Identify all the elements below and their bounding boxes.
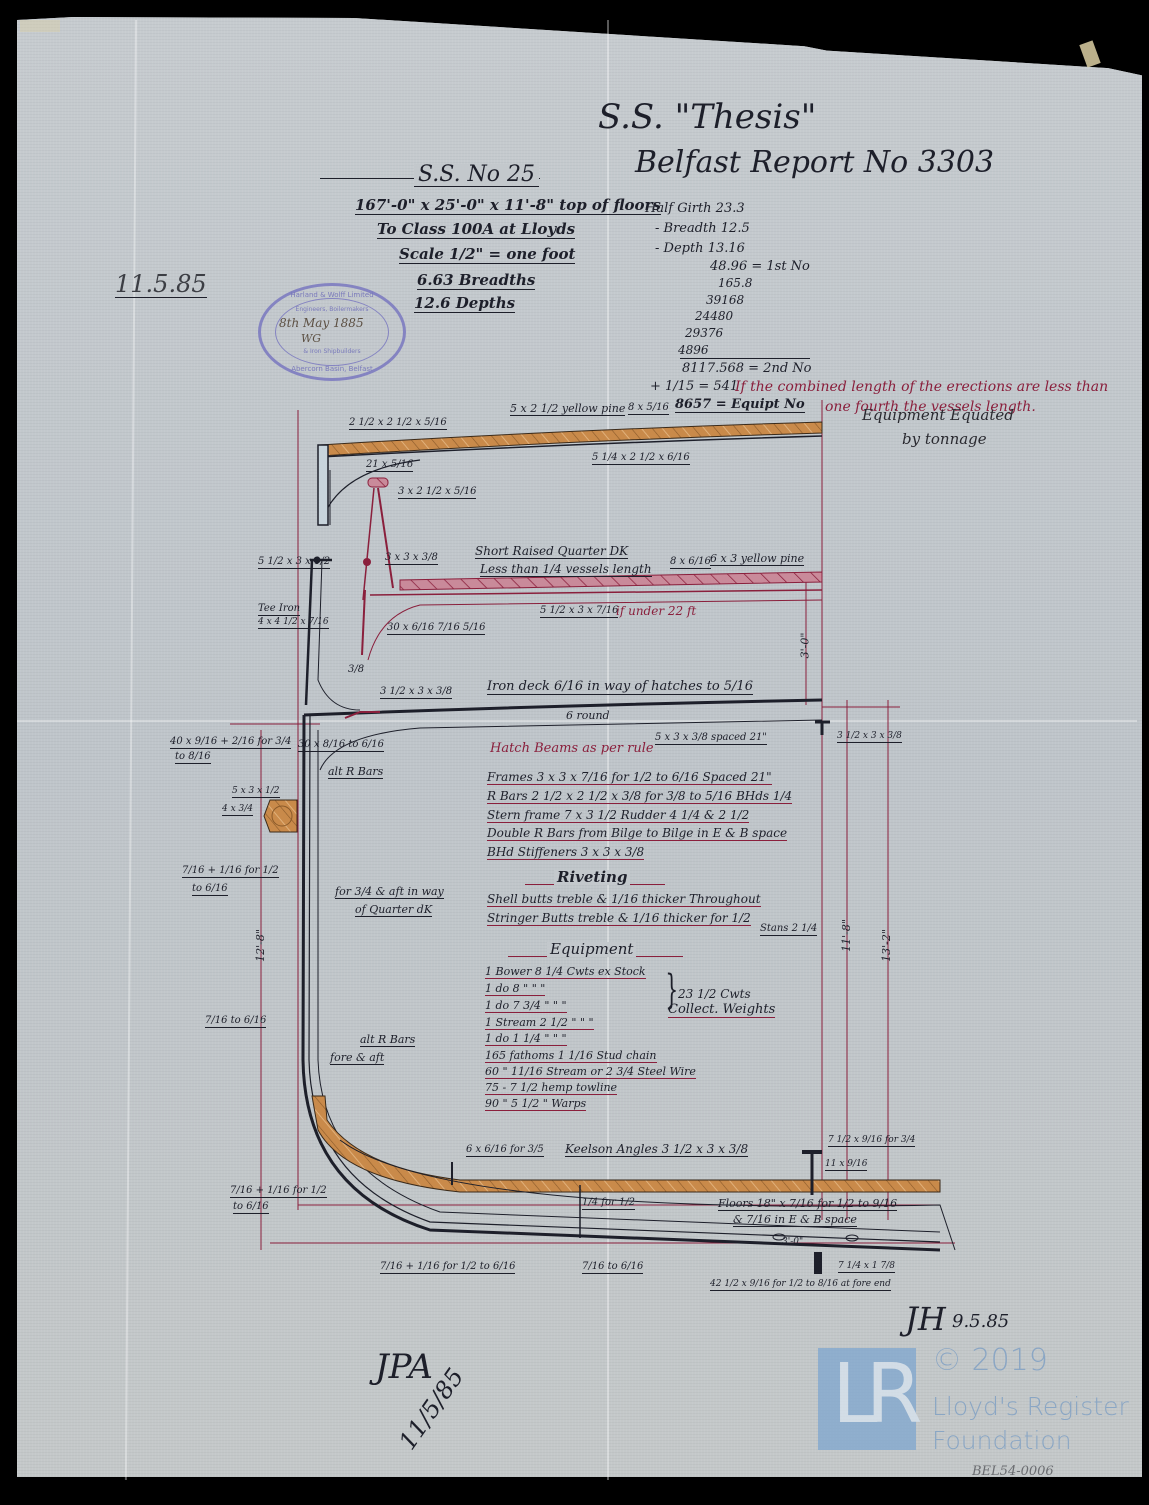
dim-3ft: 3'-0" (799, 633, 810, 659)
label-bar-keel: 7 1/4 x 1 7/8 (838, 1262, 895, 1273)
label-bilge-plate-2: to 6/16 (233, 1202, 269, 1214)
archive-reference: BEL54-0006 (972, 1465, 1054, 1478)
stamp-date: 8th May 1885 (279, 316, 364, 330)
label-hatch-beam: 5 x 3 x 3/8 spaced 21" (655, 733, 767, 745)
calc-line: 39168 (706, 294, 744, 306)
signature-right-date: 9.5.85 (952, 1313, 1009, 1331)
label-iron-deck: Iron deck 6/16 in way of hatches to 5/16 (487, 680, 753, 695)
label-gunwale-angle: 2 1/2 x 2 1/2 x 5/16 (349, 418, 447, 430)
equipment-item: 1 do 1 1/4 " " " (485, 1033, 567, 1046)
scale-note: Scale 1/2" = one foot (399, 247, 575, 264)
spec-double-r-bars: Double R Bars from Bilge to Bilge in E &… (487, 827, 787, 841)
stamp-initials: WG (301, 332, 321, 345)
shipbuilder-stamp: Harland & Wolff Limited Engineers, Boile… (258, 283, 406, 381)
signature-right-initials: JH (905, 1303, 946, 1335)
label-quarter-note: for 3/4 & aft in way (335, 886, 444, 899)
equipment-item: 90 " 5 1/2 " Warps (485, 1098, 586, 1111)
riveting-title: Riveting (554, 870, 630, 885)
label-side-keelson: 6 x 6/16 for 3/5 (466, 1145, 544, 1157)
calc-line: 24480 (695, 310, 733, 322)
riveting-stringer: Stringer Butts treble & 1/16 thicker for… (487, 912, 751, 926)
label-stanchion-head: 3 x 2 1/2 x 5/16 (398, 487, 476, 499)
equipment-item: 165 fathoms 1 1/16 Stud chain (485, 1050, 657, 1063)
riveting-shell: Shell butts treble & 1/16 thicker Throug… (487, 893, 761, 907)
watermark-org-line-2: Foundation (932, 1426, 1072, 1455)
label-bottom-plate-2: 7/16 to 6/16 (582, 1262, 643, 1274)
label-fore-aft: fore & aft (330, 1052, 384, 1065)
calc-first-no: 48.96 = 1st No (710, 260, 810, 273)
calc-line: 29376 (685, 327, 723, 339)
label-main-bracket: 30 x 8/16 to 6/16 (298, 740, 384, 752)
report-number: Belfast Report No 3303 (635, 148, 994, 178)
label-deck-plank: 5 x 2 1/2 yellow pine (510, 403, 625, 416)
stamp-bottom-text: Abercorn Basin, Belfast (261, 365, 403, 373)
stamp-inner-top: Engineers, Boilermakers (261, 306, 403, 313)
brace-note-weights: Collect. Weights (668, 1003, 775, 1018)
label-side-plate: 7/16 + 1/16 for 1/2 (182, 866, 279, 878)
label-qd-angle: 3 x 3 x 3/8 (385, 553, 438, 565)
label-upper-bracket: 21 x 5/16 (366, 460, 413, 472)
dimension-lines (230, 400, 955, 1250)
label-round: 6 round (566, 710, 610, 721)
equipment-item: 1 Stream 2 1/2 " " " (485, 1017, 594, 1030)
stamp-outer-text: Harland & Wolff Limited (261, 291, 403, 299)
equipment-item: 1 do 8 " " " (485, 983, 545, 996)
label-qd-stringer: 8 x 6/16 (670, 557, 711, 569)
calc-rule (680, 358, 810, 359)
label-floors: Floors 18" x 7/16 for 1/2 to 9/16 (718, 1198, 897, 1211)
label-bottom-plate: 7/16 + 1/16 for 1/2 to 6/16 (380, 1262, 515, 1274)
erections-note: If the combined length of the erections … (735, 380, 1108, 394)
spec-frames: Frames 3 x 3 x 7/16 for 1/2 to 6/16 Spac… (487, 771, 772, 785)
label-main-angle: 3 1/2 x 3 x 3/8 (380, 687, 452, 699)
label-qd-bracket: 30 x 6/16 7/16 5/16 (387, 623, 485, 635)
by-tonnage-note: by tonnage (902, 432, 987, 447)
dim-11-8: 11'-8" (841, 919, 852, 952)
label-floor-plate: 1/4 for 1/2 (582, 1198, 635, 1210)
label-alt-r-bars-2: alt R Bars (360, 1034, 415, 1047)
ship-dimensions: 167'-0" x 25'-0" x 11'-8" top of floors (355, 198, 661, 215)
label-rubbing-angle: 5 x 3 x 1/2 (232, 787, 280, 798)
label-sheer-angle: 5 1/2 x 3 x 1/2 (258, 557, 330, 569)
spec-stern-frame: Stern frame 7 x 3 1/2 Rudder 4 1/4 & 2 1… (487, 809, 749, 823)
date-note: 11.5.85 (115, 272, 207, 298)
lr-logo: LR (818, 1348, 916, 1450)
label-upper-beam: 5 1/4 x 2 1/2 x 6/16 (592, 453, 690, 465)
label-centre-keelson: 7 1/2 x 9/16 for 3/4 (828, 1136, 915, 1147)
dim-depth-12-8: 12'-8" (255, 929, 266, 962)
equipment-item: 1 Bower 8 1/4 Cwts ex Stock (485, 966, 646, 979)
label-quarter-deck-title: Short Raised Quarter DK (475, 545, 628, 559)
ship-number: S.S. No 25 (414, 164, 539, 187)
calc-second-no: 8117.568 = 2nd No (682, 362, 812, 375)
label-quarter-note-2: of Quarter dK (355, 904, 432, 917)
ship-name: S.S. "Thesis" (598, 100, 816, 134)
equipment-item: 60 " 11/16 Stream or 2 3/4 Steel Wire (485, 1066, 696, 1079)
label-garboard: 42 1/2 x 9/16 for 1/2 to 8/16 at fore en… (710, 1280, 891, 1291)
label-sheer-strake: 40 x 9/16 + 2/16 for 3/4 (170, 737, 291, 749)
label-alt-r-bars: alt R Bars (328, 766, 383, 779)
equipment-item: 1 do 7 3/4 " " " (485, 1000, 567, 1013)
equipment-title: Equipment (547, 942, 636, 957)
label-qd-beam: 5 1/2 x 3 x 7/16 (540, 606, 618, 618)
dim-13-2: 13'-2" (881, 929, 892, 962)
label-qd-plank: 6 x 3 yellow pine (710, 553, 804, 566)
class-note: To Class 100A at Lloyds (377, 222, 575, 239)
stamp-inner-bottom: & Iron Shipbuilders (261, 348, 403, 355)
label-stanchions: Stans 2 1/4 (760, 924, 817, 936)
label-lower-plate: 7/16 to 6/16 (205, 1016, 266, 1028)
label-qd-beam-note: if under 22 ft (616, 605, 696, 617)
calc-equip-no: 8657 = Equipt No (675, 398, 805, 413)
spec-reverse-bars: R Bars 2 1/2 x 2 1/2 x 3/8 for 3/8 to 5/… (487, 790, 792, 804)
label-hatch-beams-rule: Hatch Beams as per rule (490, 742, 654, 755)
label-side-plate-2: to 6/16 (192, 884, 228, 896)
breadths-note: 6.63 Breadths (417, 273, 535, 290)
signature-left-initials: JPA (375, 1350, 433, 1384)
watermark-copyright: © 2019 (932, 1343, 1048, 1378)
calc-breadth: - Breadth 12.5 (655, 222, 750, 235)
label-bulwark-plate: 3/8 (348, 665, 364, 675)
lr-logo-glyph: LR (832, 1354, 911, 1436)
label-tee-iron: Tee Iron (258, 604, 300, 616)
calc-depth: - Depth 13.16 (655, 242, 745, 255)
label-tee-iron-size: 4 x 4 1/2 x 7/16 (258, 618, 329, 629)
label-keelson-angles: Keelson Angles 3 1/2 x 3 x 3/8 (565, 1143, 748, 1157)
label-bilge-plate: 7/16 + 1/16 for 1/2 (230, 1186, 327, 1198)
calc-multiplier: 165.8 (718, 277, 752, 289)
label-floors-2: & 7/16 in E & B space (733, 1214, 857, 1227)
calc-half-girth: Half Girth 23.3 (645, 202, 745, 215)
spec-bhd-stiffeners: BHd Stiffeners 3 x 3 x 3/8 (487, 846, 644, 860)
equipment-equated-note: Equipment Equated (862, 408, 1014, 423)
label-fender: 4 x 3/4 (222, 805, 253, 816)
label-sheer-strake-2: to 8/16 (175, 752, 211, 764)
calc-plus: + 1/15 = 541 (650, 380, 738, 393)
brace-note-cwts: 23 1/2 Cwts (678, 988, 751, 1000)
watermark-org-line-1: Lloyd's Register (932, 1392, 1129, 1421)
dim-keel-width: 3'-0" (782, 1238, 803, 1247)
calc-line: 4896 (678, 344, 709, 356)
label-quarter-deck-length: Less than 1/4 vessels length (480, 563, 652, 577)
label-stringer: 8 x 5/16 (628, 403, 669, 415)
label-center-angle: 3 1/2 x 3 x 3/8 (837, 732, 902, 743)
label-centre-keelson-2: 11 x 9/16 (825, 1160, 867, 1171)
depths-note: 12.6 Depths (414, 296, 515, 313)
equipment-item: 75 - 7 1/2 hemp towline (485, 1082, 617, 1095)
